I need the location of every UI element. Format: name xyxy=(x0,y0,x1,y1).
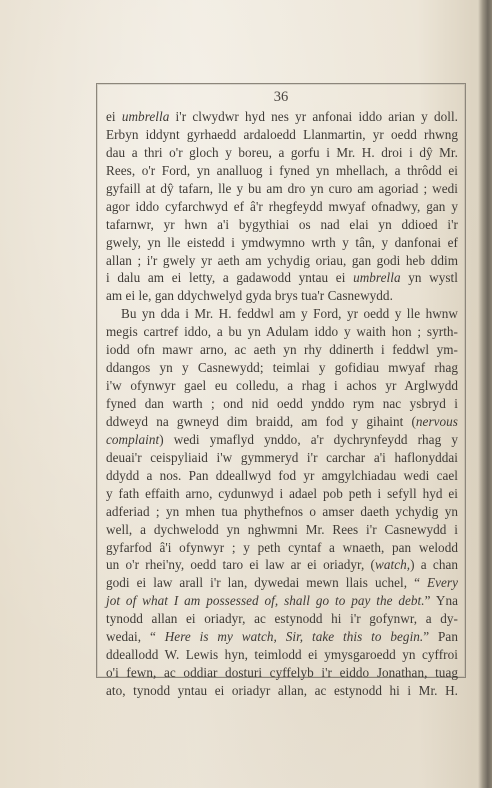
text-line: well, a dychwelodd yn nghwmni Mr. Rees i… xyxy=(106,521,458,539)
text-segment: gwely, yn lle eistedd i ymdwymno wrth y … xyxy=(106,235,458,250)
text-segment: dau a thri o'r gloch y boreu, a gorfu i … xyxy=(106,145,458,160)
text-line: fyned dan warth ; ond nid oedd ynddo rym… xyxy=(106,395,458,413)
text-segment: ) a chan xyxy=(410,557,458,572)
text-line: iodd ofn mawr arno, ac aeth yn rhy ddine… xyxy=(106,341,458,359)
text-line: i dalu am ei letty, a gadawodd yntau ei … xyxy=(106,269,458,287)
text-segment: ddeallodd W. Lewis hyn, teimlodd ei ymys… xyxy=(106,647,458,662)
text-segment: Bu yn dda i Mr. H. feddwl am y Ford, yr … xyxy=(121,306,458,321)
text-line: Bu yn dda i Mr. H. feddwl am y Ford, yr … xyxy=(106,305,458,323)
text-segment: adferiad ; yn mhen tua phythefnos o amse… xyxy=(106,504,458,519)
text-line: allan ; i'r gwely yr aeth am ychydig ori… xyxy=(106,252,458,270)
text-line: agor iddo cyfarchwyd ef â'r rhegfeydd mw… xyxy=(106,198,458,216)
italic-text: umbrella xyxy=(353,270,401,285)
text-segment: fyned dan warth ; ond nid oedd ynddo rym… xyxy=(106,396,458,411)
text-segment: yn wystl xyxy=(401,270,458,285)
page-number: 36 xyxy=(97,89,465,106)
text-segment: tafarnwr, yr hwn a'i bygythiai os nad el… xyxy=(106,217,458,232)
text-segment: ato, tynodd yntau ei oriadyr allan, ac e… xyxy=(106,683,458,698)
text-segment: well, a dychwelodd yn nghwmni Mr. Rees i… xyxy=(106,522,458,537)
text-line: ddweyd na gwneyd dim braidd, am fod y gi… xyxy=(106,413,458,431)
text-line: ddangos yn y Casnewydd; teimlai y gofidi… xyxy=(106,359,458,377)
text-segment: ddangos yn y Casnewydd; teimlai y gofidi… xyxy=(106,360,458,375)
italic-text: Here is my watch, Sir, take this to begi… xyxy=(165,629,424,644)
text-segment: gyfarfod â'i ofynwyr ; y peth cyntaf a w… xyxy=(106,540,458,555)
italic-text: umbrella xyxy=(122,109,170,124)
text-segment: Rees, o'r Ford, yn analluog i fyned yn m… xyxy=(106,163,458,178)
text-line: godi ei law arall i'r lan, dywedai mewn … xyxy=(106,574,458,592)
text-line: tynodd allan ei oriadyr, ac estynodd hi … xyxy=(106,610,458,628)
text-line: un o'r rhei'ny, oedd taro ei law ar ei o… xyxy=(106,556,458,574)
text-line: o'i fewn, ac oddiar dosturi cyffelyb i'r… xyxy=(106,664,458,682)
text-line: Rees, o'r Ford, yn analluog i fyned yn m… xyxy=(106,162,458,180)
text-segment: megis cartref iddo, a bu yn Adulam iddo … xyxy=(106,324,458,339)
text-segment: ddweyd na gwneyd dim braidd, am fod y gi… xyxy=(106,414,416,429)
text-segment: tynodd allan ei oriadyr, ac estynodd hi … xyxy=(106,611,458,626)
text-segment: agor iddo cyfarchwyd ef â'r rhegfeydd mw… xyxy=(106,199,458,214)
italic-text: jot of what I am possessed of, shall go … xyxy=(106,593,425,608)
text-segment: allan ; i'r gwely yr aeth am ychydig ori… xyxy=(106,253,458,268)
text-line: ddydd a nos. Pan ddeallwyd fod yr amgylc… xyxy=(106,467,458,485)
text-segment: deuai'r ceispyliaid i'w gymmeryd i'r car… xyxy=(106,450,458,465)
text-segment: ” Yna xyxy=(425,593,458,608)
text-line: gyfarfod â'i ofynwyr ; y peth cyntaf a w… xyxy=(106,539,458,557)
italic-text: Every xyxy=(427,575,458,590)
text-segment: i dalu am ei letty, a gadawodd yntau ei xyxy=(106,270,353,285)
text-line: dau a thri o'r gloch y boreu, a gorfu i … xyxy=(106,144,458,162)
text-line: megis cartref iddo, a bu yn Adulam iddo … xyxy=(106,323,458,341)
text-segment: am ei le, gan ddychwelyd gyda brys tua'r… xyxy=(106,288,393,303)
text-line: i'w ofynwyr gael eu colledu, a rhag i ac… xyxy=(106,377,458,395)
text-segment: iodd ofn mawr arno, ac aeth yn rhy ddine… xyxy=(106,342,458,357)
text-segment: godi ei law arall i'r lan, dywedai mewn … xyxy=(106,575,427,590)
text-line: gwely, yn lle eistedd i ymdwymno wrth y … xyxy=(106,234,458,252)
italic-text: nervous xyxy=(416,414,458,429)
body-text: ei umbrella i'r clwydwr hyd nes yr anfon… xyxy=(106,108,458,700)
text-segment: ddydd a nos. Pan ddeallwyd fod yr amgylc… xyxy=(106,468,458,483)
text-line: tafarnwr, yr hwn a'i bygythiai os nad el… xyxy=(106,216,458,234)
text-frame-border: 36 ei umbrella i'r clwydwr hyd nes yr an… xyxy=(96,83,466,678)
text-segment: wedai, “ xyxy=(106,629,165,644)
text-line: am ei le, gan ddychwelyd gyda brys tua'r… xyxy=(106,287,458,305)
text-segment: y fath effaith arno, cydunwyd i adael po… xyxy=(106,486,458,501)
text-line: Erbyn iddynt gyrhaedd ardaloedd Llanmart… xyxy=(106,126,458,144)
text-line: ato, tynodd yntau ei oriadyr allan, ac e… xyxy=(106,682,458,700)
text-line: complaint) wedi ymaflyd ynddo, a'r dychr… xyxy=(106,431,458,449)
text-line: wedai, “ Here is my watch, Sir, take thi… xyxy=(106,628,458,646)
text-line: adferiad ; yn mhen tua phythefnos o amse… xyxy=(106,503,458,521)
italic-text: complaint xyxy=(106,432,159,447)
text-line: ddeallodd W. Lewis hyn, teimlodd ei ymys… xyxy=(106,646,458,664)
text-segment: ei xyxy=(106,109,122,124)
text-segment: i'w ofynwyr gael eu colledu, a rhag i ac… xyxy=(106,378,458,393)
text-line: gyfaill at dŷ tafarn, lle y bu am dro yn… xyxy=(106,180,458,198)
book-binding-shadow xyxy=(478,0,492,788)
text-segment: ) wedi ymaflyd ynddo, a'r dychrynfeydd r… xyxy=(159,432,458,447)
text-line: ei umbrella i'r clwydwr hyd nes yr anfon… xyxy=(106,108,458,126)
text-segment: Erbyn iddynt gyrhaedd ardaloedd Llanmart… xyxy=(106,127,458,142)
text-segment: o'i fewn, ac oddiar dosturi cyffelyb i'r… xyxy=(106,665,458,680)
text-segment: un o'r rhei'ny, oedd taro ei law ar ei o… xyxy=(106,557,375,572)
italic-text: watch, xyxy=(375,557,410,572)
text-line: jot of what I am possessed of, shall go … xyxy=(106,592,458,610)
text-line: y fath effaith arno, cydunwyd i adael po… xyxy=(106,485,458,503)
text-segment: gyfaill at dŷ tafarn, lle y bu am dro yn… xyxy=(106,181,458,196)
text-line: deuai'r ceispyliaid i'w gymmeryd i'r car… xyxy=(106,449,458,467)
text-segment: ” Pan xyxy=(423,629,458,644)
text-segment: i'r clwydwr hyd nes yr anfonai iddo aria… xyxy=(169,109,458,124)
